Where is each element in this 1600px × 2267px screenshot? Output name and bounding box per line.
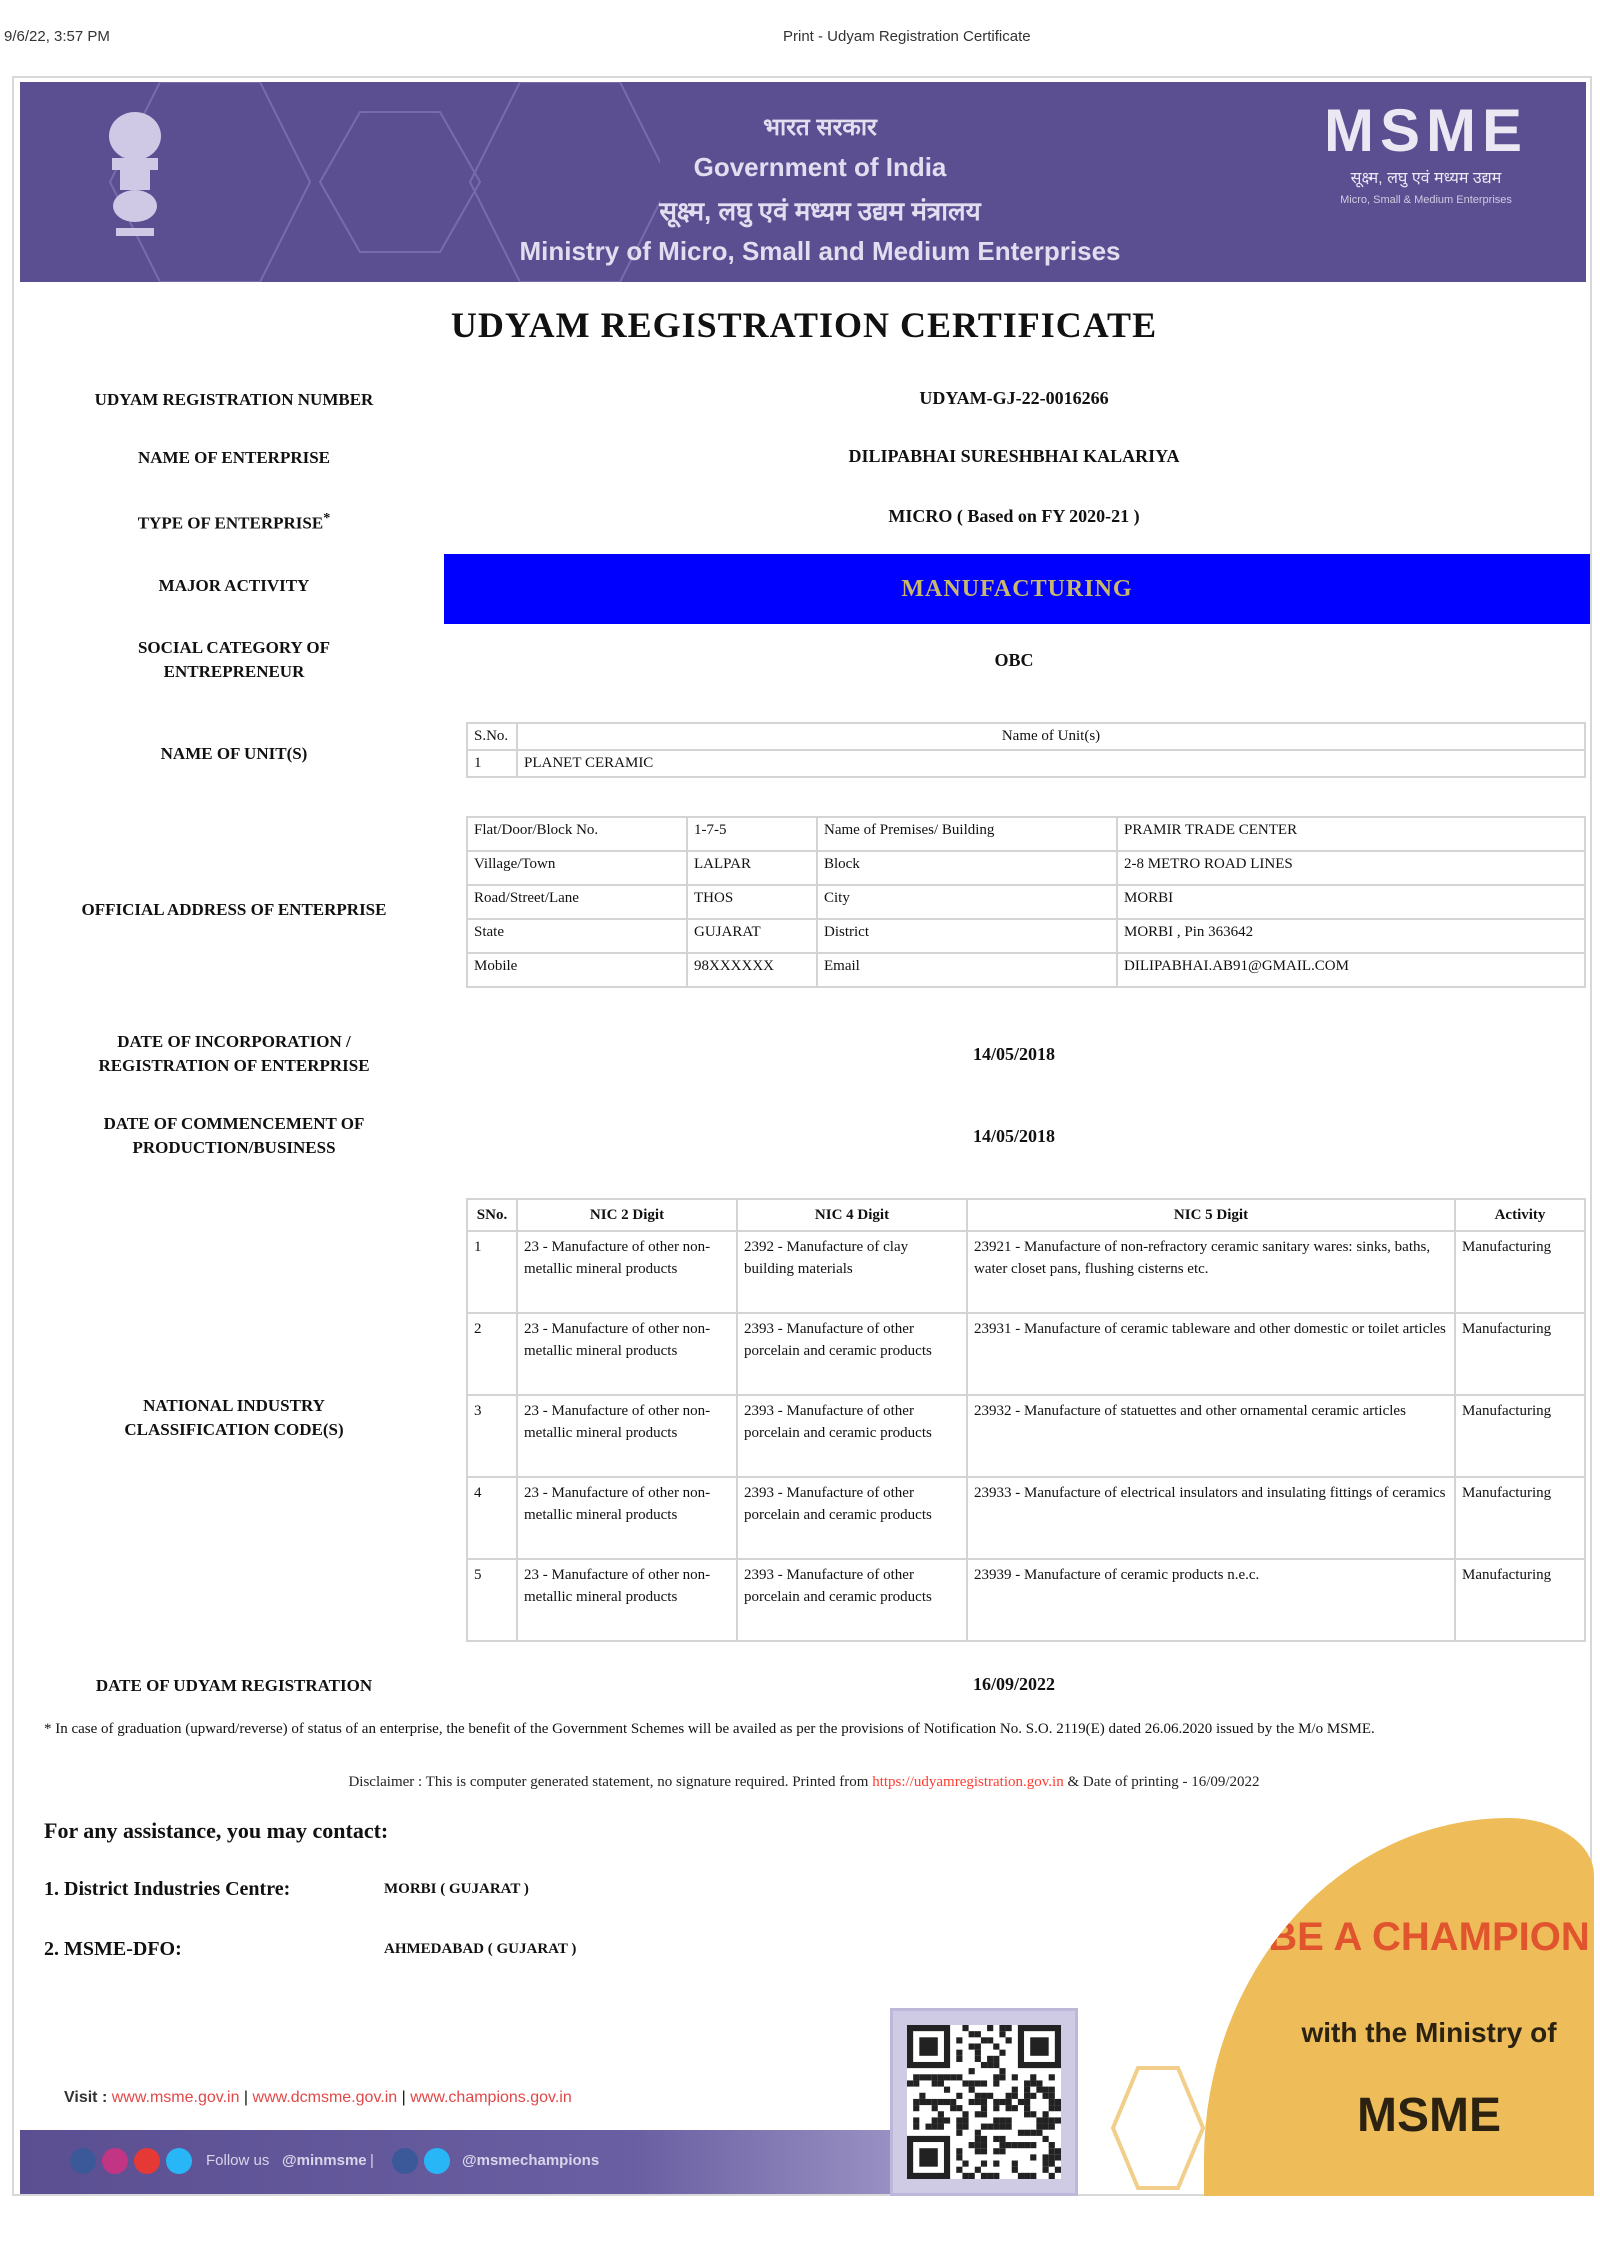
table-cell: 2392 - Manufacture of clay building mate… bbox=[737, 1231, 967, 1313]
commencement-date-label: DATE OF COMMENCEMENT OF PRODUCTION/BUSIN… bbox=[34, 1112, 434, 1160]
registration-number-label: UDYAM REGISTRATION NUMBER bbox=[34, 388, 434, 412]
udyam-portal-link[interactable]: https://udyamregistration.gov.in bbox=[872, 1774, 1064, 1790]
unit-names-table: S.No. Name of Unit(s) 1 PLANET CERAMIC bbox=[466, 722, 1586, 778]
banner-hindi-ministry: सूक्ष्म, लघु एवं मध्यम उद्यम मंत्रालय bbox=[320, 192, 1320, 228]
msme-logo-text: MSME bbox=[1306, 100, 1546, 162]
column-header: NIC 5 Digit bbox=[967, 1199, 1455, 1231]
enterprise-type-label-text: TYPE OF ENTERPRISE bbox=[138, 514, 323, 533]
table-cell: Manufacturing bbox=[1455, 1231, 1585, 1313]
table-cell: 23932 - Manufacture of statuettes and ot… bbox=[967, 1395, 1455, 1477]
column-header: SNo. bbox=[467, 1199, 517, 1231]
disclaimer-prefix: Disclaimer : This is computer generated … bbox=[348, 1774, 868, 1790]
address-field-value: GUJARAT bbox=[687, 919, 817, 953]
table-row: 423 - Manufacture of other non-metallic … bbox=[467, 1477, 1585, 1559]
table-cell: 23 - Manufacture of other non-metallic m… bbox=[517, 1395, 737, 1477]
social-category-label: SOCIAL CATEGORY OF ENTREPRENEUR bbox=[34, 636, 434, 684]
address-field-label: Mobile bbox=[467, 953, 687, 987]
column-header: S.No. bbox=[467, 723, 517, 750]
address-field-label: Name of Premises/ Building bbox=[817, 817, 1117, 851]
table-cell: 23 - Manufacture of other non-metallic m… bbox=[517, 1559, 737, 1641]
table-cell: 1 bbox=[467, 750, 517, 777]
table-cell: 5 bbox=[467, 1559, 517, 1641]
table-cell: 23931 - Manufacture of ceramic tableware… bbox=[967, 1313, 1455, 1395]
commencement-date-value: 14/05/2018 bbox=[444, 1126, 1584, 1147]
disclaimer: Disclaimer : This is computer generated … bbox=[14, 1774, 1594, 1791]
table-cell: 23 - Manufacture of other non-metallic m… bbox=[517, 1231, 737, 1313]
facebook-icon[interactable] bbox=[70, 2148, 96, 2174]
facebook-icon[interactable] bbox=[392, 2148, 418, 2174]
contact-dic-label: 1. District Industries Centre: bbox=[44, 1878, 290, 1901]
address-field-value: LALPAR bbox=[687, 851, 817, 885]
table-cell: 4 bbox=[467, 1477, 517, 1559]
dcmsme-website-link[interactable]: www.dcmsme.gov.in bbox=[253, 2089, 398, 2106]
table-cell: 2393 - Manufacture of other porcelain an… bbox=[737, 1559, 967, 1641]
table-row: Road/Street/LaneTHOSCityMORBI bbox=[467, 885, 1585, 919]
msme-logo: MSME सूक्ष्म, लघु एवं मध्यम उद्यम Micro,… bbox=[1306, 100, 1546, 206]
udyam-registration-date-value: 16/09/2022 bbox=[444, 1674, 1584, 1695]
youtube-icon[interactable] bbox=[134, 2148, 160, 2174]
banner-ministry-name: Ministry of Micro, Small and Medium Ente… bbox=[320, 236, 1320, 267]
enterprise-name-label: NAME OF ENTERPRISE bbox=[34, 446, 434, 470]
champion-advert: BE A CHAMPION with the Ministry of MSME bbox=[1204, 1818, 1594, 2196]
address-field-value: 2-8 METRO ROAD LINES bbox=[1117, 851, 1585, 885]
table-cell: 2393 - Manufacture of other porcelain an… bbox=[737, 1477, 967, 1559]
print-timestamp: 9/6/22, 3:57 PM bbox=[4, 28, 110, 45]
champions-website-link[interactable]: www.champions.gov.in bbox=[410, 2089, 572, 2106]
twitter-icon[interactable] bbox=[424, 2148, 450, 2174]
address-field-value: PRAMIR TRADE CENTER bbox=[1117, 817, 1585, 851]
address-field-label: Road/Street/Lane bbox=[467, 885, 687, 919]
address-field-label: Flat/Door/Block No. bbox=[467, 817, 687, 851]
social-media-bar: Follow us @minmsme | @msmechampions bbox=[20, 2130, 900, 2194]
address-field-value: MORBI bbox=[1117, 885, 1585, 919]
table-row: 1 PLANET CERAMIC bbox=[467, 750, 1585, 777]
champion-msme: MSME bbox=[1264, 2088, 1594, 2143]
column-header: Activity bbox=[1455, 1199, 1585, 1231]
contact-msme-dfo-value: AHMEDABAD ( GUJARAT ) bbox=[384, 1941, 576, 1958]
registration-number-value: UDYAM-GJ-22-0016266 bbox=[444, 388, 1584, 409]
address-field-label: Block bbox=[817, 851, 1117, 885]
assistance-heading: For any assistance, you may contact: bbox=[44, 1818, 388, 1844]
qr-code-frame bbox=[890, 2008, 1078, 2196]
address-field-value: THOS bbox=[687, 885, 817, 919]
enterprise-type-value: MICRO ( Based on FY 2020-21 ) bbox=[444, 506, 1584, 527]
instagram-icon[interactable] bbox=[102, 2148, 128, 2174]
social-category-value: OBC bbox=[444, 650, 1584, 671]
table-cell: 23 - Manufacture of other non-metallic m… bbox=[517, 1313, 737, 1395]
column-header: NIC 4 Digit bbox=[737, 1199, 967, 1231]
address-field-value: MORBI , Pin 363642 bbox=[1117, 919, 1585, 953]
incorporation-date-value: 14/05/2018 bbox=[444, 1044, 1584, 1065]
table-cell: Manufacturing bbox=[1455, 1395, 1585, 1477]
certificate-sheet: भारत सरकार Government of India सूक्ष्म, … bbox=[12, 76, 1592, 2196]
handle-msmechampions[interactable]: @msmechampions bbox=[462, 2152, 599, 2169]
table-cell: 2393 - Manufacture of other porcelain an… bbox=[737, 1395, 967, 1477]
msme-logo-subtitle: Micro, Small & Medium Enterprises bbox=[1306, 194, 1546, 206]
nic-codes-table: SNo.NIC 2 DigitNIC 4 DigitNIC 5 DigitAct… bbox=[466, 1198, 1586, 1642]
table-row: StateGUJARATDistrictMORBI , Pin 363642 bbox=[467, 919, 1585, 953]
udyam-registration-date-label: DATE OF UDYAM REGISTRATION bbox=[34, 1674, 434, 1698]
hexagon-decoration-icon bbox=[1108, 2063, 1208, 2193]
table-cell: 1 bbox=[467, 1231, 517, 1313]
table-cell: 23933 - Manufacture of electrical insula… bbox=[967, 1477, 1455, 1559]
table-cell: 23939 - Manufacture of ceramic products … bbox=[967, 1559, 1455, 1641]
table-cell: Manufacturing bbox=[1455, 1559, 1585, 1641]
divider: | bbox=[370, 2152, 374, 2169]
major-activity-label: MAJOR ACTIVITY bbox=[34, 574, 434, 598]
table-row: 123 - Manufacture of other non-metallic … bbox=[467, 1231, 1585, 1313]
print-title: Print - Udyam Registration Certificate bbox=[783, 28, 1031, 45]
qr-code bbox=[907, 2025, 1061, 2179]
address-field-label: Email bbox=[817, 953, 1117, 987]
address-field-value: 98XXXXXX bbox=[687, 953, 817, 987]
visit-links: Visit : www.msme.gov.in | www.dcmsme.gov… bbox=[64, 2089, 572, 2107]
enterprise-type-label: TYPE OF ENTERPRISE* bbox=[34, 506, 434, 536]
nic-codes-label: NATIONAL INDUSTRY CLASSIFICATION CODE(S) bbox=[34, 1394, 434, 1442]
follow-label: Follow us bbox=[206, 2152, 269, 2169]
table-cell: 23 - Manufacture of other non-metallic m… bbox=[517, 1477, 737, 1559]
disclaimer-suffix: & Date of printing - 16/09/2022 bbox=[1067, 1774, 1259, 1790]
table-cell: 2 bbox=[467, 1313, 517, 1395]
table-row: 523 - Manufacture of other non-metallic … bbox=[467, 1559, 1585, 1641]
table-header-row: S.No. Name of Unit(s) bbox=[467, 723, 1585, 750]
contact-msme-dfo-label: 2. MSME-DFO: bbox=[44, 1938, 182, 1961]
table-cell: Manufacturing bbox=[1455, 1313, 1585, 1395]
msme-website-link[interactable]: www.msme.gov.in bbox=[112, 2089, 240, 2106]
graduation-footnote: * In case of graduation (upward/reverse)… bbox=[44, 1718, 1584, 1740]
header-banner: भारत सरकार Government of India सूक्ष्म, … bbox=[20, 82, 1586, 282]
handle-minmsme[interactable]: @minmsme bbox=[282, 2152, 367, 2169]
official-address-table: Flat/Door/Block No.1-7-5Name of Premises… bbox=[466, 816, 1586, 988]
official-address-label: OFFICIAL ADDRESS OF ENTERPRISE bbox=[34, 898, 434, 922]
champion-subline: with the Ministry of bbox=[1264, 2016, 1594, 2050]
print-header: 9/6/22, 3:57 PM Print - Udyam Registrati… bbox=[0, 0, 1600, 70]
address-field-label: Village/Town bbox=[467, 851, 687, 885]
address-field-value: DILIPABHAI.AB91@GMAIL.COM bbox=[1117, 953, 1585, 987]
table-header-row: SNo.NIC 2 DigitNIC 4 DigitNIC 5 DigitAct… bbox=[467, 1199, 1585, 1231]
visit-label: Visit : bbox=[64, 2089, 107, 2106]
table-row: 323 - Manufacture of other non-metallic … bbox=[467, 1395, 1585, 1477]
contact-dic-value: MORBI ( GUJARAT ) bbox=[384, 1881, 529, 1898]
banner-government-of-india: Government of India bbox=[320, 152, 1320, 183]
twitter-icon[interactable] bbox=[166, 2148, 192, 2174]
address-field-value: 1-7-5 bbox=[687, 817, 817, 851]
table-row: Village/TownLALPARBlock2-8 METRO ROAD LI… bbox=[467, 851, 1585, 885]
enterprise-type-marker: * bbox=[323, 510, 330, 526]
national-emblem-icon bbox=[90, 106, 180, 256]
unit-names-label: NAME OF UNIT(S) bbox=[34, 742, 434, 766]
table-row: Mobile98XXXXXXEmailDILIPABHAI.AB91@GMAIL… bbox=[467, 953, 1585, 987]
address-field-label: State bbox=[467, 919, 687, 953]
column-header: NIC 2 Digit bbox=[517, 1199, 737, 1231]
column-header: Name of Unit(s) bbox=[517, 723, 1585, 750]
table-cell: 2393 - Manufacture of other porcelain an… bbox=[737, 1313, 967, 1395]
table-row: Flat/Door/Block No.1-7-5Name of Premises… bbox=[467, 817, 1585, 851]
table-row: 223 - Manufacture of other non-metallic … bbox=[467, 1313, 1585, 1395]
table-cell: 3 bbox=[467, 1395, 517, 1477]
table-cell: Manufacturing bbox=[1455, 1477, 1585, 1559]
enterprise-name-value: DILIPABHAI SURESHBHAI KALARIYA bbox=[444, 446, 1584, 467]
major-activity-value: MANUFACTURING bbox=[444, 554, 1590, 624]
table-cell: 23921 - Manufacture of non-refractory ce… bbox=[967, 1231, 1455, 1313]
table-cell: PLANET CERAMIC bbox=[517, 750, 1585, 777]
address-field-label: City bbox=[817, 885, 1117, 919]
champion-headline: BE A CHAMPION bbox=[1264, 1914, 1594, 1960]
certificate-title: UDYAM REGISTRATION CERTIFICATE bbox=[14, 304, 1594, 346]
incorporation-date-label: DATE OF INCORPORATION / REGISTRATION OF … bbox=[34, 1030, 434, 1078]
msme-logo-hindi: सूक्ष्म, लघु एवं मध्यम उद्यम bbox=[1306, 166, 1546, 188]
banner-hindi-government: भारत सरकार bbox=[320, 110, 1320, 143]
address-field-label: District bbox=[817, 919, 1117, 953]
